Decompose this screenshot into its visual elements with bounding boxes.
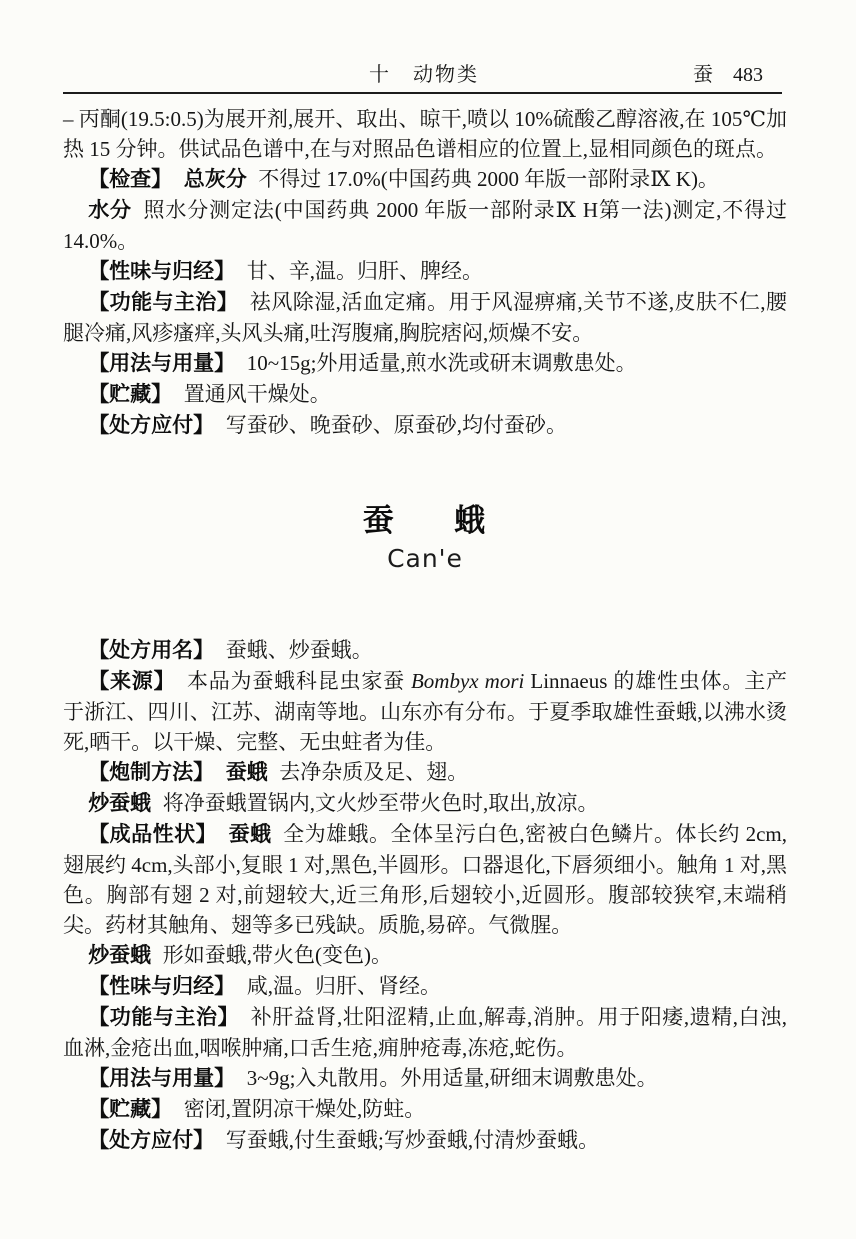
chapter-title: 十 动物类 [63,62,785,88]
paragraph-text: 写蚕蛾,付生蚕蛾;写炒蚕蛾,付清炒蚕蛾。 [226,1128,599,1152]
sub-label: 炒蚕蛾 [88,792,151,815]
page-header: 十 动物类 蚕483 [63,62,785,88]
page-number: 483 [733,62,763,88]
paragraph-dispensing: 【处方应付】写蚕砂、晚蚕砂、原蚕砂,均付蚕砂。 [63,410,787,441]
sub-label: 蚕蛾 [229,823,272,846]
sub-label: 蚕蛾 [226,761,268,784]
paragraph-tlc-continuation: – 丙酮(19.5:0.5)为展开剂,展开、取出、晾干,喷以 10%硫酸乙醇溶液… [63,104,787,164]
entry-pinyin: Can'e [63,545,787,573]
previous-entry-continuation: – 丙酮(19.5:0.5)为展开剂,展开、取出、晾干,喷以 10%硫酸乙醇溶液… [63,104,787,441]
paragraph-dosage: 【用法与用量】3~9g;入丸散用。外用适量,研细末调敷患处。 [63,1063,787,1094]
paragraph-text: 蚕蛾、炒蚕蛾。 [226,638,373,662]
section-label: 【性味与归经】 [88,975,235,998]
paragraph-moisture: 水分照水分测定法(中国药典 2000 年版一部附录Ⅸ H第一法)测定,不得过 1… [63,195,787,256]
paragraph-source: 【来源】本品为蚕蛾科昆虫家蚕 Bombyx mori Linnaeus 的雄性虫… [63,666,787,757]
paragraph-dispensing: 【处方应付】写蚕蛾,付生蚕蛾;写炒蚕蛾,付清炒蚕蛾。 [63,1125,787,1156]
paragraph-functions: 【功能与主治】祛风除湿,活血定痛。用于风湿痹痛,关节不遂,皮肤不仁,腰腿冷痛,风… [63,287,787,348]
section-label: 【性味与归经】 [88,260,235,283]
page-content: – 丙酮(19.5:0.5)为展开剂,展开、取出、晾干,喷以 10%硫酸乙醇溶液… [63,104,787,1156]
paragraph-storage: 【贮藏】置通风干燥处。 [63,379,787,410]
section-label: 【处方用名】 [88,639,214,662]
sub-label: 水分 [88,199,132,222]
sub-label: 总灰分 [184,168,247,191]
scanned-book-page: 十 动物类 蚕483 – 丙酮(19.5:0.5)为展开剂,展开、取出、晾干,喷… [0,0,856,1239]
section-label: 【来源】 [88,670,175,693]
paragraph-flavor-meridian: 【性味与归经】甘、辛,温。归肝、脾经。 [63,256,787,287]
section-label: 【检查】 [88,168,172,191]
section-label: 【处方应付】 [88,1129,214,1152]
paragraph-dosage: 【用法与用量】10~15g;外用适量,煎水洗或研末调敷患处。 [63,348,787,379]
paragraph-text: 咸,温。归肝、肾经。 [247,974,441,998]
paragraph-text: 写蚕砂、晚蚕砂、原蚕砂,均付蚕砂。 [226,413,567,437]
paragraph-character-fried: 炒蚕蛾形如蚕蛾,带火色(变色)。 [63,940,787,971]
paragraph-processing-fried: 炒蚕蛾将净蚕蛾置锅内,文火炒至带火色时,取出,放凉。 [63,788,787,819]
paragraph-processing: 【炮制方法】蚕蛾去净杂质及足、翅。 [63,757,787,788]
section-label: 【功能与主治】 [88,1006,239,1029]
paragraph-prescription-names: 【处方用名】蚕蛾、炒蚕蛾。 [63,635,787,666]
paragraph-functions: 【功能与主治】补肝益肾,壮阳涩精,止血,解毒,消肿。用于阳痿,遗精,白浊,血淋,… [63,1002,787,1063]
section-label: 【贮藏】 [88,383,172,406]
paragraph-text: 3~9g;入丸散用。外用适量,研细末调敷患处。 [247,1066,658,1090]
paragraph-text: 将净蚕蛾置锅内,文火炒至带火色时,取出,放凉。 [163,791,599,815]
paragraph-text: 密闭,置阴凉干燥处,防蛀。 [184,1097,426,1121]
header-rule [63,92,782,94]
paragraph-text: 本品为蚕蛾科昆虫家蚕 [187,669,411,693]
section-label: 【成品性状】 [88,823,217,846]
paragraph-storage: 【贮藏】密闭,置阴凉干燥处,防蛀。 [63,1094,787,1125]
entry-title: 蚕 蛾 [63,503,787,539]
entry-body: 【处方用名】蚕蛾、炒蚕蛾。 【来源】本品为蚕蛾科昆虫家蚕 Bombyx mori… [63,635,787,1156]
section-label: 【用法与用量】 [88,352,235,375]
paragraph-text: 置通风干燥处。 [184,382,331,406]
paragraph-text: 不得过 17.0%(中国药典 2000 年版一部附录Ⅸ K)。 [258,167,719,191]
section-label: 【处方应付】 [88,414,214,437]
header-entry-and-page: 蚕483 [693,62,763,88]
header-entry-char: 蚕 [693,64,713,86]
sub-label: 炒蚕蛾 [88,944,151,967]
paragraph-text: 10~15g;外用适量,煎水洗或研末调敷患处。 [247,351,637,375]
paragraph-text: 照水分测定法(中国药典 2000 年版一部附录Ⅸ H第一法)测定,不得过 14.… [63,198,787,253]
section-label: 【用法与用量】 [88,1067,235,1090]
paragraph-text: 甘、辛,温。归肝、脾经。 [247,259,483,283]
paragraph-inspection: 【检查】总灰分不得过 17.0%(中国药典 2000 年版一部附录Ⅸ K)。 [63,164,787,195]
section-label: 【炮制方法】 [88,761,214,784]
section-label: 【贮藏】 [88,1098,172,1121]
species-latin-name: Bombyx mori [411,669,524,693]
section-label: 【功能与主治】 [88,291,238,314]
paragraph-text: 形如蚕蛾,带火色(变色)。 [163,943,392,967]
paragraph-text: 去净杂质及足、翅。 [279,760,468,784]
paragraph-character: 【成品性状】蚕蛾全为雄蛾。全体呈污白色,密被白色鳞片。体长约 2cm,翅展约 4… [63,819,787,940]
paragraph-flavor-meridian: 【性味与归经】咸,温。归肝、肾经。 [63,971,787,1002]
entry-title-block: 蚕 蛾 Can'e [63,503,787,573]
